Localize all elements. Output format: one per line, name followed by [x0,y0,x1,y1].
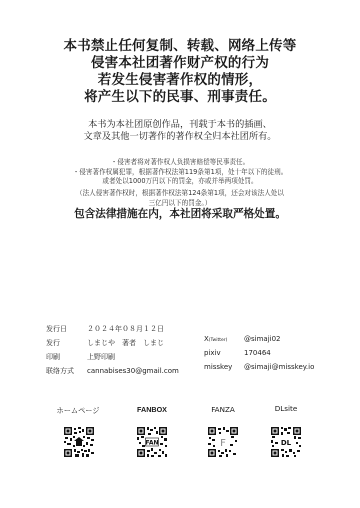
social-handle[interactable]: 170464 [244,349,271,357]
colophon-label: 联络方式 [46,367,87,376]
colophon-row-printer: 印刷上野印刷 [46,353,179,367]
colophon-left: 发行日２０２４年０８月１２日 发行しまじや 著者 しまじ 印刷上野印刷 联络方式… [46,325,179,381]
colophon-value: しまじや 著者 しまじ [87,339,164,347]
corporate-penalty-line: （法人侵害著作权时，根据著作权法第124条第1项，还会对该法人处以 [0,189,360,199]
colophon-label: 发行日 [46,325,87,334]
colophon-row-publisher: 发行しまじや 著者 しまじ [46,339,179,353]
svg-text:FAN: FAN [145,440,158,447]
colophon-value: 上野印刷 [87,353,115,361]
svg-text:F: F [220,438,226,449]
social-row-misskey: misskey@simaji@misskey.io [204,363,314,377]
warning-line: 本书禁止任何复制、转载、网络上传等 [0,38,360,55]
social-handle[interactable]: @simaji02 [244,335,281,343]
social-label: X(Twitter) [204,335,244,345]
svg-text:DL: DL [281,439,292,447]
qr-code-homepage-icon[interactable] [63,426,95,458]
qr-label-homepage: ホームページ [48,406,108,416]
colophon-row-date: 发行日２０２４年０８月１２日 [46,325,179,339]
qr-label-fanza: FANZA [193,405,253,414]
social-row-pixiv: pixiv170464 [204,349,314,363]
penalties-list: ・侵害者将对著作权人负损害赔偿等民事责任。 ・侵害著作权属犯罪，根据著作权法第1… [0,158,360,187]
qr-label-dlsite: DLsite [256,404,316,413]
social-handle[interactable]: @simaji@misskey.io [244,363,314,371]
closing-statement: 包含法律措施在内，本社团将采取严格处置。 [0,207,360,221]
colophon-right: X(Twitter)@simaji02 pixiv170464 misskey@… [204,335,314,377]
warning-line: 若发生侵害著作权的情形， [0,72,360,89]
contact-email[interactable]: cannabises30@gmail.com [87,367,179,375]
penalty-line: 或者处以1000万円以下的罚金，亦或并举两项处罚。 [0,177,360,187]
warning-line: 侵害本社团著作财产权的行为 [0,55,360,72]
warning-heading: 本书禁止任何复制、转载、网络上传等 侵害本社团著作财产权的行为 若发生侵害著作权… [0,38,360,106]
qr-code-fanza-icon[interactable]: F [207,426,239,458]
colophon-label: 发行 [46,339,87,348]
qr-label-fanbox: FANBOX [122,405,182,414]
copyright-line: 文章及其他一切著作的著作权全归本社团所有。 [0,131,360,143]
penalty-line: ・侵害者将对著作权人负损害赔偿等民事责任。 [0,158,360,168]
penalty-line: ・侵害著作权属犯罪，根据著作权法第119条第1项，处十年以下的徒刑。 [0,168,360,178]
social-label: misskey [204,363,244,372]
colophon-row-contact: 联络方式cannabises30@gmail.com [46,367,179,381]
colophon-label: 印刷 [46,353,87,362]
copyright-line: 本书为本社团原创作品，刊载于本书的插画、 [0,119,360,131]
colophon-value: ２０２４年０８月１２日 [87,325,164,333]
qr-code-fanbox-icon[interactable]: FAN [136,426,168,458]
copyright-statement: 本书为本社团原创作品，刊载于本书的插画、 文章及其他一切著作的著作权全归本社团所… [0,119,360,143]
social-label: pixiv [204,349,244,358]
warning-line: 将产生以下的民事、刑事责任。 [0,89,360,106]
qr-code-dlsite-icon[interactable]: DL [270,426,302,458]
corporate-penalty: （法人侵害著作权时，根据著作权法第124条第1项，还会对该法人处以 三亿円以下的… [0,189,360,208]
social-row-x: X(Twitter)@simaji02 [204,335,314,349]
